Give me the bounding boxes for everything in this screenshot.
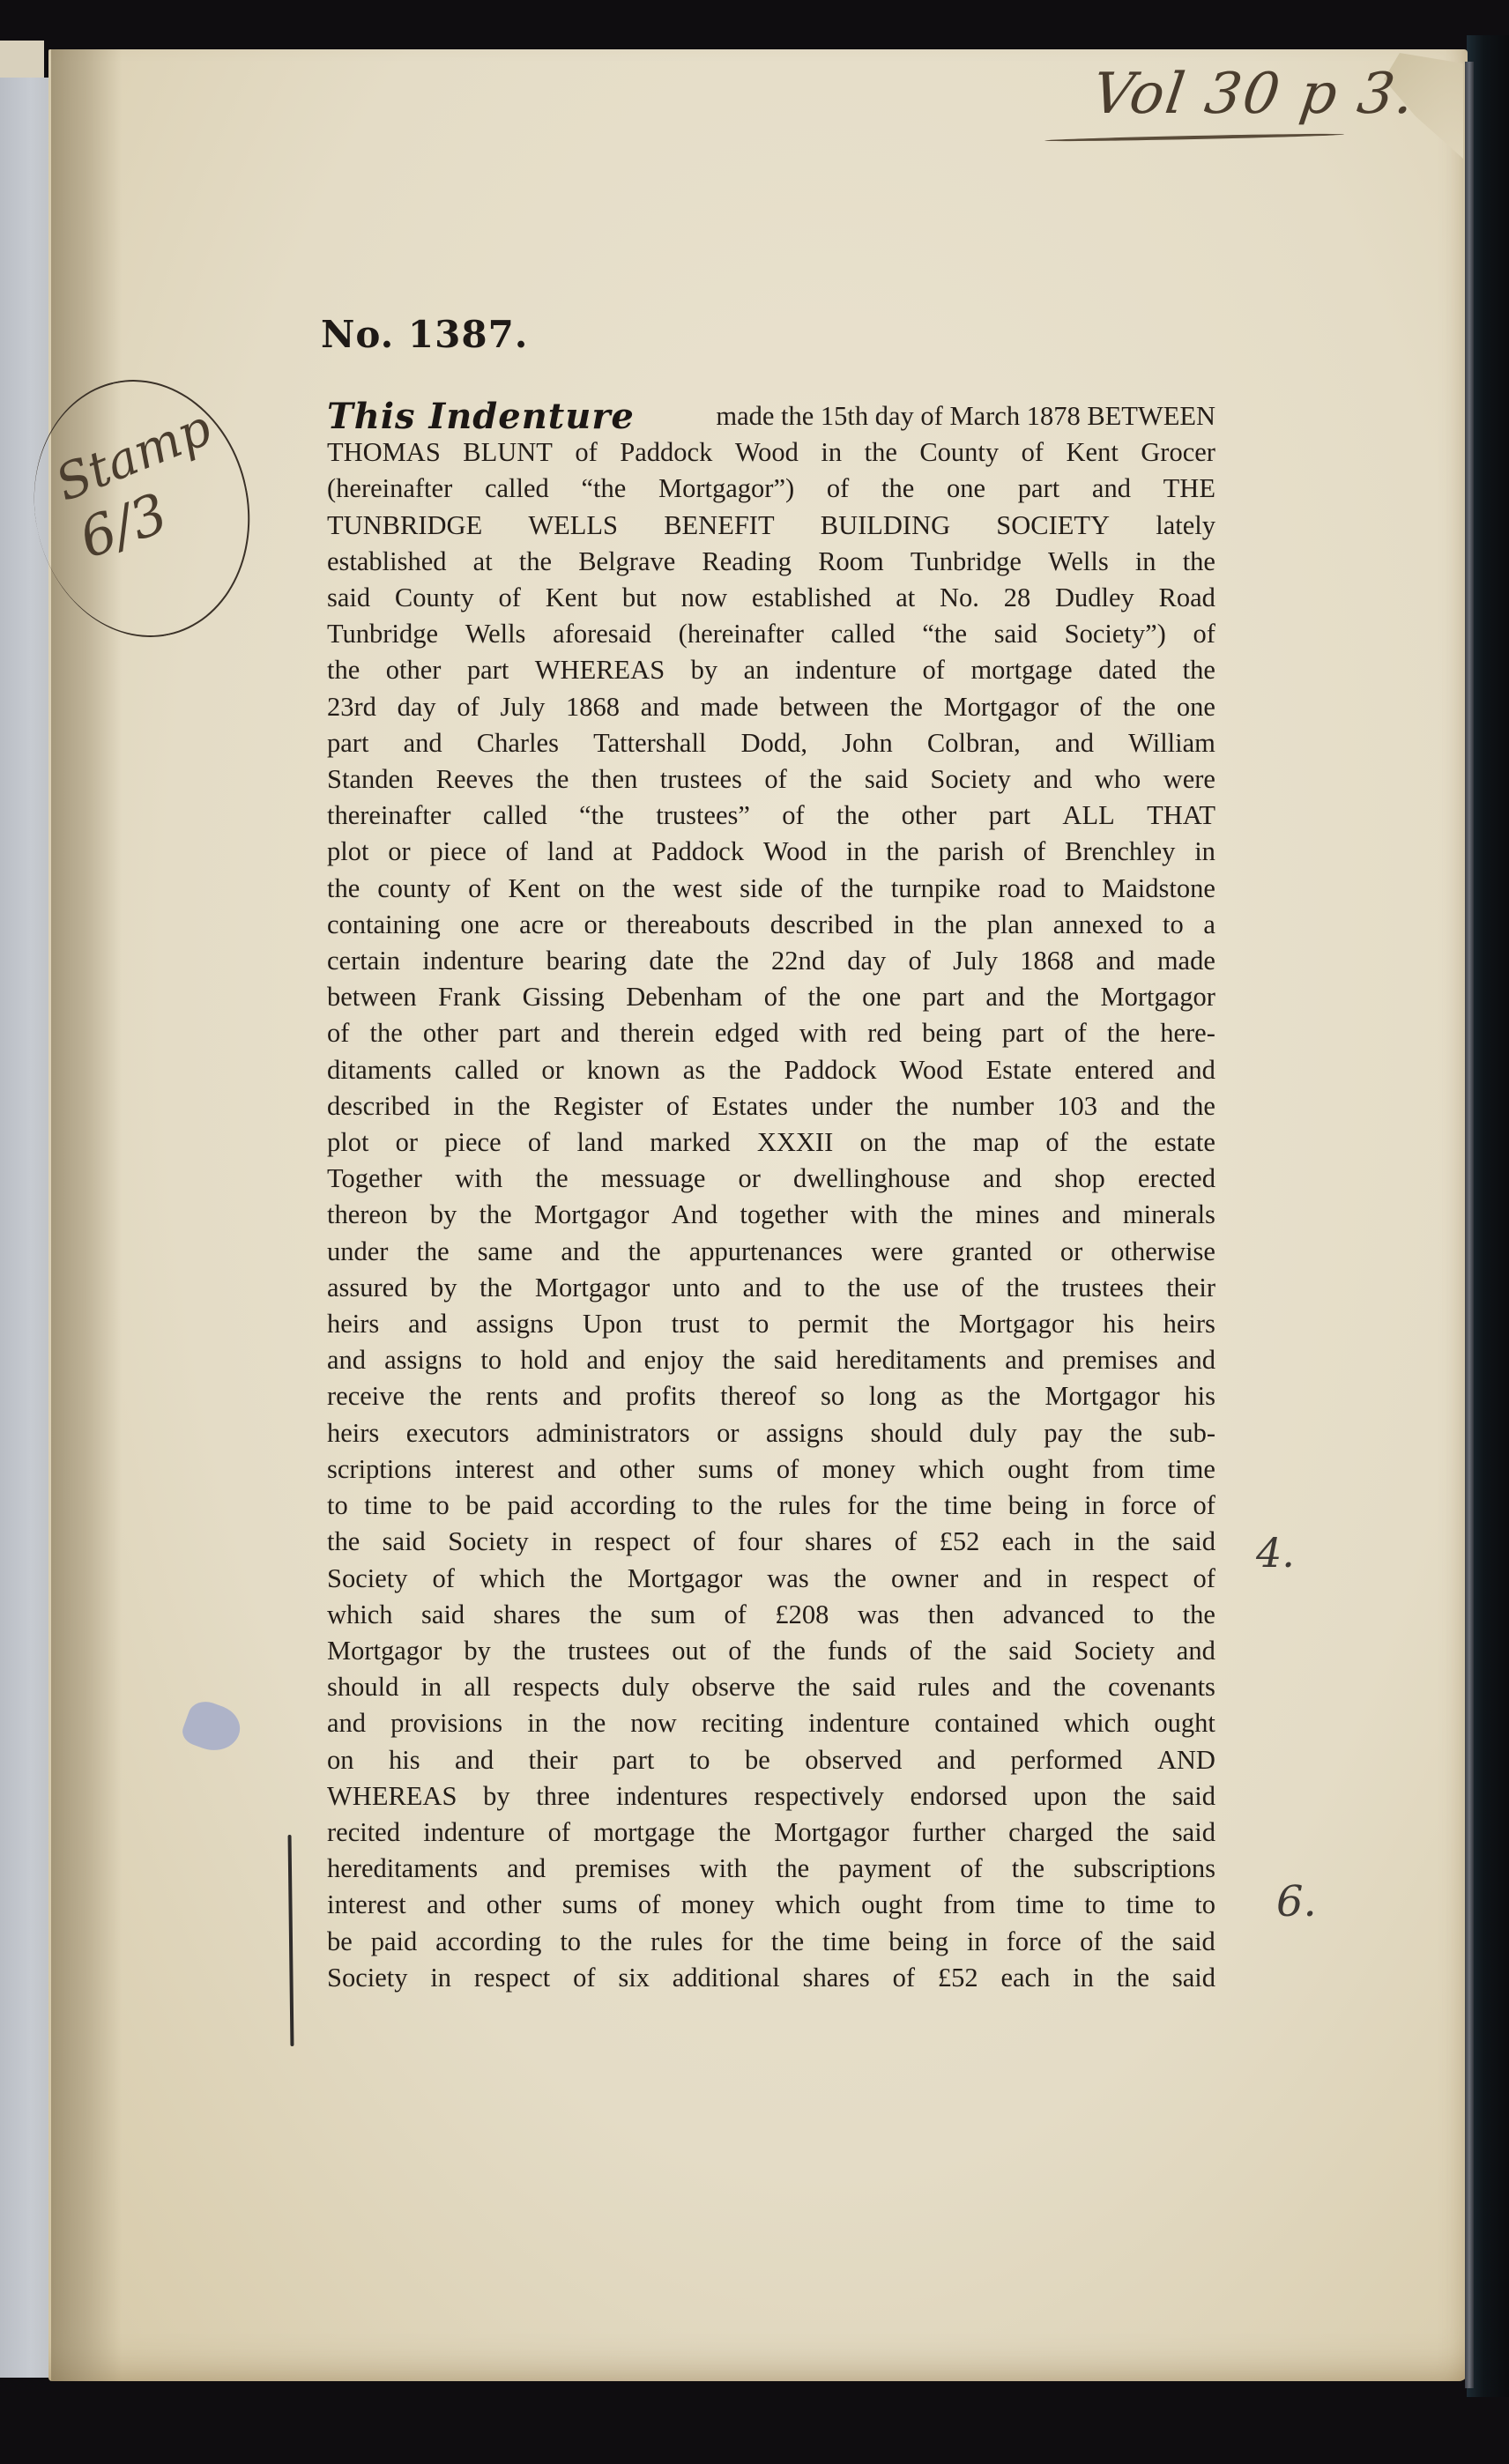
word: Society	[1074, 1633, 1155, 1669]
word: of	[1080, 1924, 1102, 1960]
word: estate	[1154, 1124, 1215, 1161]
word: shares	[803, 1960, 870, 1996]
word: of	[693, 1524, 715, 1560]
text-line: TunbridgeWellsaforesaid(hereinaftercalle…	[327, 616, 1215, 652]
word: respect	[1092, 1561, 1168, 1597]
word: of	[573, 1960, 595, 1996]
word: the	[1117, 1960, 1149, 1996]
word: SOCIETY	[996, 508, 1110, 544]
word: rules	[650, 1924, 702, 1960]
word: each	[1002, 1524, 1052, 1560]
word: messuage	[601, 1161, 706, 1197]
text-line: hereditamentsandpremiseswiththepaymentof…	[327, 1851, 1215, 1887]
word: Tunbridge	[327, 616, 438, 652]
text-line: thecountyofKentonthewestsideoftheturnpik…	[327, 871, 1215, 907]
word: called	[483, 798, 547, 834]
word: be	[745, 1742, 770, 1778]
word: THOMAS	[327, 434, 441, 471]
word: assigns	[766, 1415, 844, 1451]
word: part	[1002, 1015, 1044, 1051]
word: his	[389, 1742, 420, 1778]
word: Room	[818, 544, 884, 580]
word: of	[548, 1815, 570, 1851]
word: and	[992, 1669, 1030, 1705]
word: of	[666, 1088, 688, 1124]
word: subscriptions	[1074, 1851, 1215, 1887]
word: of	[895, 1524, 917, 1560]
word: day	[847, 943, 886, 979]
word: time	[364, 1488, 412, 1524]
word: and	[404, 725, 442, 761]
word: said	[1008, 1633, 1052, 1669]
word: of	[457, 689, 479, 725]
word: made	[1157, 943, 1215, 979]
word: bearing	[546, 943, 627, 979]
word: in	[893, 907, 914, 943]
word: land	[547, 834, 594, 870]
word: edged	[715, 1015, 779, 1051]
word: mortgage	[970, 652, 1072, 688]
word: the	[589, 1597, 621, 1633]
word: 28	[1004, 580, 1031, 616]
word: of	[506, 834, 528, 870]
word: of	[433, 1561, 455, 1597]
word: “the	[581, 471, 626, 507]
word: together	[740, 1197, 828, 1233]
word: the	[897, 1306, 930, 1342]
text-line: totimetobepaidaccordingtotherulesforthet…	[327, 1488, 1215, 1524]
word: and	[985, 979, 1024, 1015]
word: Maidstone	[1102, 871, 1215, 907]
word: which	[1064, 1705, 1130, 1741]
word: were	[1163, 761, 1215, 798]
word: side	[740, 871, 783, 907]
word: the	[728, 1052, 761, 1088]
word: the	[808, 979, 841, 1015]
word: therein	[620, 1015, 695, 1051]
word: assigns	[476, 1306, 554, 1342]
word: established	[327, 544, 447, 580]
word: time	[1126, 1887, 1174, 1923]
word: time	[944, 1488, 992, 1524]
word: recited	[327, 1815, 400, 1851]
word: in	[1135, 544, 1156, 580]
text-line: plotorpieceoflandatPaddockWoodintheparis…	[327, 834, 1215, 870]
text-line: underthesameandtheappurtenancesweregrant…	[327, 1234, 1215, 1270]
text-line: assuredbytheMortgagoruntoandtotheuseofth…	[327, 1270, 1215, 1306]
word: Tunbridge	[911, 544, 1022, 580]
word: part	[327, 725, 368, 761]
word: funds	[828, 1633, 888, 1669]
word: Reeves	[436, 761, 514, 798]
word: the	[479, 1270, 512, 1306]
word: all	[464, 1669, 491, 1705]
word: which	[918, 1451, 985, 1488]
word: and	[587, 1342, 626, 1378]
word: and	[561, 1015, 599, 1051]
document-number: No. 1387.	[321, 313, 528, 356]
text-line: receivetherentsandprofitsthereofsolongas…	[327, 1378, 1215, 1414]
word: Mortgagor	[1044, 1378, 1159, 1414]
word: AND	[1157, 1742, 1215, 1778]
word: the	[836, 798, 869, 834]
word: to	[1194, 1887, 1215, 1923]
word: the	[934, 907, 967, 943]
word: interest	[327, 1887, 406, 1923]
word: one	[1177, 689, 1215, 725]
word: the	[1183, 1597, 1215, 1633]
word: the	[327, 1524, 360, 1560]
word: the	[1110, 1415, 1142, 1451]
word: of	[910, 1633, 932, 1669]
word: Charles	[477, 725, 559, 761]
word: with	[455, 1161, 502, 1197]
word: hereditaments	[327, 1851, 478, 1887]
word: County	[919, 434, 999, 471]
text-line: containingoneacreorthereaboutsdescribedi…	[327, 907, 1215, 943]
word: of	[638, 1887, 660, 1923]
word: the	[513, 1633, 546, 1669]
word: the	[1046, 979, 1079, 1015]
word: July	[953, 943, 998, 979]
word: and	[1062, 1197, 1101, 1233]
word: executors	[406, 1415, 509, 1451]
word: by	[430, 1197, 457, 1233]
word: 1868	[566, 689, 620, 725]
word: part	[613, 1742, 654, 1778]
word: thereon	[327, 1197, 407, 1233]
word: by	[464, 1633, 491, 1669]
word: permit	[798, 1306, 868, 1342]
word: further	[912, 1815, 985, 1851]
word: respect	[474, 1960, 550, 1996]
word: minerals	[1123, 1197, 1215, 1233]
word: of	[327, 1015, 349, 1051]
word: appurtenances	[689, 1234, 843, 1270]
word: the	[895, 1488, 927, 1524]
word: ought	[861, 1887, 922, 1923]
word: Road	[1159, 580, 1215, 616]
word: on	[327, 1742, 354, 1778]
word: Together	[327, 1161, 422, 1197]
word: one	[862, 979, 901, 1015]
word: contained	[934, 1705, 1039, 1741]
word: be	[465, 1488, 491, 1524]
word: an	[744, 652, 769, 688]
word: the	[988, 1378, 1021, 1414]
word: and	[937, 1742, 976, 1778]
word: paid	[508, 1488, 554, 1524]
word: map	[973, 1124, 1020, 1161]
word: marked	[650, 1124, 730, 1161]
text-lines-container: THOMASBLUNTofPaddockWoodintheCountyofKen…	[327, 434, 1215, 1996]
word: of	[893, 1960, 915, 1996]
word: called	[455, 1052, 519, 1088]
word: here-	[1160, 1015, 1215, 1051]
word: piece	[430, 834, 487, 870]
word: to	[327, 1488, 348, 1524]
word: of	[923, 652, 945, 688]
word: in	[453, 1088, 474, 1124]
word: in	[527, 1705, 548, 1741]
word: endorsed	[911, 1778, 1007, 1815]
word: part	[1018, 471, 1059, 507]
word: Society	[327, 1561, 408, 1597]
word: in	[1074, 1524, 1095, 1560]
word: Mortgagor	[1101, 979, 1215, 1015]
word: aforesaid	[553, 616, 651, 652]
word: Dudley	[1055, 580, 1134, 616]
word: the	[1123, 689, 1156, 725]
word: the	[599, 1924, 632, 1960]
word: of	[728, 1633, 750, 1669]
word: the	[896, 1088, 928, 1124]
word: other	[386, 652, 442, 688]
word: or	[738, 1161, 760, 1197]
word: part	[499, 1015, 540, 1051]
word: payment	[838, 1851, 931, 1887]
word: and	[1055, 725, 1094, 761]
word: Wood	[899, 1052, 963, 1088]
word: should	[871, 1415, 942, 1451]
word: plot	[327, 834, 368, 870]
word: was	[767, 1561, 808, 1597]
word: the	[730, 1488, 762, 1524]
word: erected	[1138, 1161, 1215, 1197]
word: the	[570, 1561, 603, 1597]
word: Mortgagor	[774, 1815, 888, 1851]
text-line: Societyinrespectofsixadditionalsharesof£…	[327, 1960, 1215, 1996]
text-line-content: made the 15th day of March 1878 BETWEEN	[716, 398, 1215, 434]
word: Mortgagor	[534, 1197, 649, 1233]
word: charged	[1008, 1815, 1093, 1851]
word: 103	[1057, 1088, 1097, 1124]
text-line: andprovisionsinthenowrecitingindentureco…	[327, 1705, 1215, 1741]
word: and	[1177, 1633, 1215, 1669]
word: the	[1183, 652, 1215, 688]
text-line: 23rddayofJuly1868andmadebetweentheMortga…	[327, 689, 1215, 725]
word: of	[724, 1597, 746, 1633]
word: number	[952, 1088, 1034, 1124]
word: the	[841, 871, 873, 907]
word: plot	[327, 1124, 368, 1161]
word: now	[630, 1705, 677, 1741]
word: described	[770, 907, 873, 943]
word: TUNBRIDGE	[327, 508, 482, 544]
word: of	[777, 1451, 799, 1488]
word: Standen	[327, 761, 413, 798]
facing-page-tab	[0, 41, 44, 79]
word: of	[1193, 1561, 1215, 1597]
word: thereof	[720, 1378, 796, 1414]
word: Wells	[1048, 544, 1109, 580]
word: covenants	[1108, 1669, 1215, 1705]
word: assigns	[384, 1342, 462, 1378]
word: Kent	[546, 580, 598, 616]
word: to	[1063, 871, 1084, 907]
word: called	[831, 616, 896, 652]
word: at	[613, 834, 632, 870]
text-line: StandenReevesthethentrusteesofthesaidSoc…	[327, 761, 1215, 798]
word: said	[994, 616, 1037, 652]
word: said	[327, 580, 370, 616]
word: the	[327, 652, 360, 688]
word: a	[1203, 907, 1215, 943]
word: observe	[692, 1669, 776, 1705]
word: of	[499, 580, 521, 616]
word: profits	[626, 1378, 696, 1414]
word: day	[398, 689, 436, 725]
word: in	[1046, 1561, 1067, 1597]
word: their	[529, 1742, 578, 1778]
word: other	[423, 1015, 479, 1051]
word: mines	[976, 1197, 1040, 1233]
word: the	[777, 1851, 809, 1887]
word: or	[584, 907, 606, 943]
word: WHEREAS	[327, 1778, 457, 1815]
word: to	[1133, 1597, 1154, 1633]
margin-share-count-note: 4.	[1256, 1529, 1295, 1577]
text-line: thesaidSocietyinrespectoffoursharesof£52…	[327, 1524, 1215, 1560]
word: said	[865, 761, 908, 798]
word: the	[809, 761, 842, 798]
word: containing	[327, 907, 441, 943]
word: heirs	[327, 1306, 379, 1342]
word: County	[395, 580, 474, 616]
word: of	[528, 1124, 550, 1161]
word: WELLS	[528, 508, 618, 544]
word: according	[435, 1924, 541, 1960]
word: advanced	[1003, 1597, 1104, 1633]
word: BENEFIT	[664, 508, 774, 544]
word: then	[591, 761, 638, 798]
word: other	[487, 1887, 542, 1923]
text-line: thereonbytheMortgagorAndtogetherwiththem…	[327, 1197, 1215, 1233]
word: and	[743, 1270, 782, 1306]
word: rules	[918, 1669, 970, 1705]
word: Reading	[702, 544, 792, 580]
word: called	[485, 471, 549, 507]
word: indenture	[423, 1815, 524, 1851]
word: out	[672, 1633, 706, 1669]
word: THAT	[1147, 798, 1215, 834]
word: and	[1177, 1052, 1215, 1088]
word: part	[923, 979, 964, 1015]
word: entered	[1074, 1052, 1154, 1088]
word: Gissing	[523, 979, 605, 1015]
word: rents	[486, 1378, 538, 1414]
text-line: heirsexecutorsadministratorsorassignssho…	[327, 1415, 1215, 1451]
word: sum	[650, 1597, 695, 1633]
word: time	[822, 1924, 870, 1960]
word: in	[551, 1524, 572, 1560]
word: as	[941, 1378, 963, 1414]
word: the	[881, 471, 914, 507]
word: unto	[673, 1270, 720, 1306]
word: dwellinghouse	[793, 1161, 950, 1197]
word: £52	[940, 1524, 980, 1560]
word: being	[1008, 1488, 1068, 1524]
text-line: SocietyofwhichtheMortgagorwastheownerand…	[327, 1561, 1215, 1597]
word: to	[1084, 1887, 1105, 1923]
word: the	[497, 1088, 530, 1124]
word: of	[960, 1851, 982, 1887]
word: and	[507, 1851, 546, 1887]
word: piece	[444, 1124, 501, 1161]
word: assured	[327, 1270, 407, 1306]
word: said	[383, 1524, 426, 1560]
word: part	[989, 798, 1030, 834]
word: of	[764, 761, 786, 798]
word: trustees	[1061, 1270, 1143, 1306]
word: on	[578, 871, 606, 907]
word: Society”)	[1065, 616, 1166, 652]
word: of	[764, 979, 786, 1015]
word: long	[869, 1378, 917, 1414]
word: shares	[805, 1524, 872, 1560]
word: sub-	[1169, 1415, 1215, 1451]
text-line: interestandothersumsofmoneywhichoughtfro…	[327, 1887, 1215, 1923]
text-line: bepaidaccordingtotherulesforthetimebeing…	[327, 1924, 1215, 1960]
word: trust	[672, 1306, 719, 1342]
word: to	[748, 1306, 769, 1342]
word: and	[983, 1161, 1022, 1197]
word: premises	[575, 1851, 670, 1887]
word: “the	[922, 616, 967, 652]
word: date	[649, 943, 694, 979]
word: the	[479, 1197, 511, 1233]
text-line: WHEREASbythreeindenturesrespectivelyendo…	[327, 1778, 1215, 1815]
word: between	[327, 979, 417, 1015]
text-line: Togetherwiththemessuageordwellinghousean…	[327, 1161, 1215, 1197]
text-line: thereinaftercalled“thetrustees”oftheothe…	[327, 798, 1215, 834]
word: and	[562, 1378, 601, 1414]
word: WHEREAS	[535, 652, 665, 688]
word: and	[1096, 943, 1135, 979]
word: respect	[594, 1524, 670, 1560]
word: said	[1172, 1524, 1215, 1560]
text-line: onhisandtheirparttobeobservedandperforme…	[327, 1742, 1215, 1778]
word: hereditaments	[836, 1342, 986, 1378]
word: which	[479, 1561, 546, 1597]
word: Society	[327, 1960, 408, 1996]
word: the	[865, 434, 897, 471]
word: of	[1193, 616, 1215, 652]
word: of	[962, 1270, 984, 1306]
word: on	[859, 1124, 887, 1161]
word: and	[1033, 761, 1072, 798]
word: six	[618, 1960, 650, 1996]
word: money	[681, 1887, 754, 1923]
word: of	[909, 943, 931, 979]
word: the	[716, 943, 748, 979]
word: one	[947, 471, 985, 507]
word: at	[473, 544, 493, 580]
word: No.	[940, 580, 979, 616]
word: the	[771, 1924, 804, 1960]
word: were	[871, 1234, 923, 1270]
word: his	[1103, 1306, 1134, 1342]
word: heirs	[1163, 1306, 1215, 1342]
word: the	[890, 689, 923, 725]
word: of	[827, 471, 849, 507]
word: as	[683, 1052, 705, 1088]
word: Society	[448, 1524, 529, 1560]
word: said	[1172, 1778, 1215, 1815]
word: the	[1053, 1669, 1086, 1705]
word: the	[1183, 1088, 1215, 1124]
word: and	[1177, 1342, 1215, 1378]
